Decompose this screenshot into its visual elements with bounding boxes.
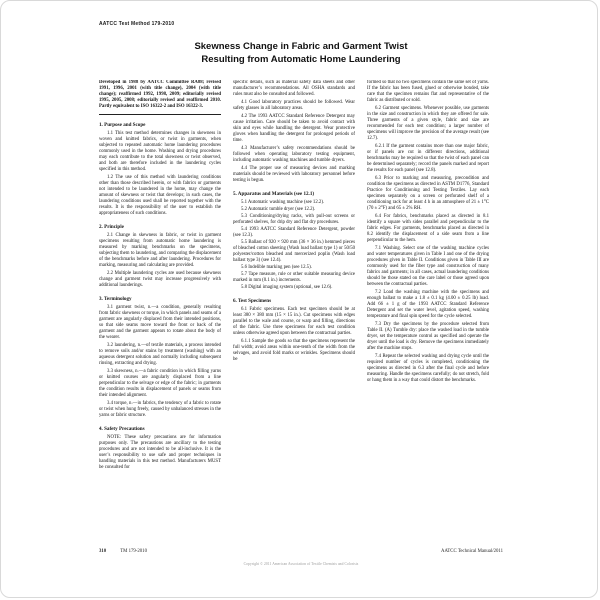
body-paragraph: 7.3 Dry the specimens by the procedure s… [367,322,489,352]
copyright-line: Copyright © 2011 American Association of… [99,562,503,566]
body-paragraph: 5.1 Automatic washing machine (see 12.2)… [233,200,355,206]
body-paragraph: 4.4 The proper use of measuring devices … [233,166,355,184]
body-paragraph: 7.1 Washing. Select one of the washing m… [367,246,489,288]
body-paragraph: 5.5 Ballast of 920 × 920 mm (36 × 36 in.… [233,240,355,264]
body-paragraph: 7.2 Load the washing machine with the sp… [367,290,489,320]
section-heading: 1. Purpose and Scope [99,122,221,128]
body-paragraph: 5.3 Conditioning/drying racks, with pull… [233,214,355,226]
body-paragraph: 5.6 Indelible marking pen (see 12.5). [233,265,355,271]
body-column-right: formed so that no two specimens contain … [367,80,489,542]
body-paragraph: NOTE: These safety precautions are for i… [99,435,221,471]
body-paragraph: 1.2 The use of this method with launderi… [99,175,221,217]
section-heading: 6. Test Specimens [233,298,355,304]
body-paragraph: 5.4 1993 AATCC Standard Reference Deterg… [233,227,355,239]
page-footer: 310 TM 179-2010 AATCC Technical Manual/2… [99,549,503,554]
method-header: AATCC Test Method 179-2010 [99,21,503,27]
body-paragraph: 4.3 Manufacturer’s safety recommendation… [233,146,355,164]
body-paragraph: 3.2 laundering, n.—of textile materials,… [99,343,221,367]
body-paragraph: 5.7 Tape measure, rule or other suitable… [233,272,355,284]
intro-paragraph: Developed in 1988 by AATCC Committee RA8… [99,80,221,110]
body-paragraph: 6.2 Garment specimens. Whenever possible… [367,106,489,142]
body-paragraph: 6.4 For fabrics, benchmarks placed as di… [367,214,489,244]
body-paragraph: 3.1 garment twist, n.—a condition, gener… [99,305,221,341]
body-paragraph: specific details, such as material safet… [233,80,355,98]
footnote-rule [99,114,221,115]
body-columns: Developed in 1988 by AATCC Committee RA8… [99,80,503,542]
body-paragraph: 3.4 torque, n.—in fabrics, the tendency … [99,401,221,419]
footer-method-ref: TM 179-2010 [120,549,147,554]
section-heading: 3. Terminology [99,296,221,302]
body-paragraph: 2.1 Change in skewness in fabric, or twi… [99,233,221,269]
body-paragraph: 6.3 Prior to marking and measuring, prec… [367,176,489,212]
section-heading: 2. Principle [99,224,221,230]
body-paragraph: 4.2 The 1993 AATCC Standard Reference De… [233,114,355,144]
body-column-left: Developed in 1988 by AATCC Committee RA8… [99,80,221,542]
body-paragraph: 7.4 Repeat the selected washing and dryi… [367,354,489,384]
body-paragraph: 5.8 Digital imaging system (optional, se… [233,285,355,291]
document-title-line1: Skewness Change in Fabric and Garment Tw… [99,41,503,54]
footer-left: 310 TM 179-2010 [99,549,147,554]
document-page-canvas: AATCC Test Method 179-2010 Skewness Chan… [0,0,598,598]
footer-manual-ref: AATCC Technical Manual/2011 [441,549,503,554]
body-paragraph: 6.1 Fabric specimens. Each test specimen… [233,307,355,337]
body-paragraph: 5.2 Automatic tumble dryer (see 12.2). [233,207,355,213]
body-paragraph: 1.1 This test method determines changes … [99,131,221,173]
standard-document-page: AATCC Test Method 179-2010 Skewness Chan… [86,9,516,593]
body-paragraph: 3.3 skewness, n.—a fabric condition in w… [99,369,221,399]
footer-page-number: 310 [99,549,106,554]
body-column-middle: specific details, such as material safet… [233,80,355,542]
document-title: Skewness Change in Fabric and Garment Tw… [99,41,503,66]
body-paragraph: 2.2 Multiple laundering cycles are used … [99,271,221,289]
body-paragraph: 6.2.1 If the garment contains more than … [367,144,489,174]
section-heading: 5. Apparatus and Materials (see 12.1) [233,191,355,197]
section-heading: 4. Safety Precautions [99,426,221,432]
body-paragraph: formed so that no two specimens contain … [367,80,489,104]
document-title-line2: Resulting from Automatic Home Laundering [99,54,503,67]
body-paragraph: 6.1.1 Sample the goods so that the speci… [233,339,355,363]
body-paragraph: 4.1 Good laboratory practices should be … [233,100,355,112]
